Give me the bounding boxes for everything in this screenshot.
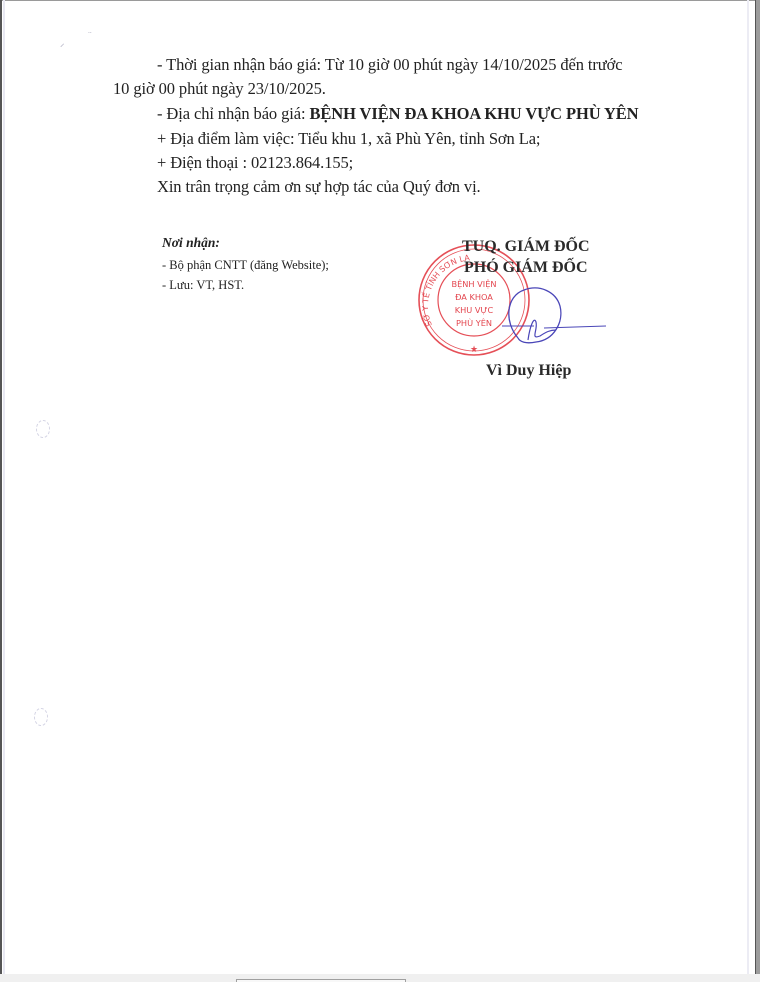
address-label: - Địa chỉ nhận báo giá:	[157, 104, 309, 123]
signature-title-2: PHÓ GIÁM ĐỐC	[464, 259, 588, 277]
quote-time-line-1: - Thời gian nhận báo giá: Từ 10 giờ 00 p…	[157, 55, 623, 75]
quote-address-line: - Địa chỉ nhận báo giá: BỆNH VIỆN ĐA KHO…	[157, 104, 639, 124]
recipient-item: - Lưu: VT, HST.	[162, 278, 244, 293]
work-location-line: + Địa điểm làm việc: Tiểu khu 1, xã Phù …	[157, 129, 540, 149]
recipient-item: - Bộ phận CNTT (đăng Website);	[162, 258, 329, 273]
page-left-edge	[3, 0, 5, 974]
signer-name: Vì Duy Hiệp	[486, 362, 571, 380]
scan-speck: ⸍	[60, 40, 65, 53]
phone-line: + Điện thoại : 02123.864.155;	[157, 153, 353, 173]
viewer-left-border	[0, 0, 2, 974]
vertical-scrollbar[interactable]	[756, 0, 760, 974]
scan-speck: ··	[88, 30, 92, 37]
stamp-center-line: KHU VỰC	[455, 305, 494, 315]
signature-title-1: TUQ. GIÁM ĐỐC	[462, 238, 590, 256]
handwritten-signature	[500, 282, 610, 348]
punch-hole-mark	[36, 420, 50, 438]
address-value: BỆNH VIỆN ĐA KHOA KHU VỰC PHÙ YÊN	[309, 104, 638, 123]
thanks-line: Xin trân trọng cảm ơn sự hợp tác của Quý…	[157, 177, 481, 197]
stamp-center-line: BỆNH VIỆN	[452, 278, 497, 290]
document-viewer: ⸍ ·· - Thời gian nhận báo giá: Từ 10 giờ…	[0, 0, 760, 974]
viewer-top-border	[0, 0, 760, 1]
stamp-star-icon: ★	[470, 344, 478, 354]
recipients-title: Nơi nhận:	[162, 235, 220, 251]
punch-hole-mark	[34, 708, 48, 726]
quote-time-line-2: 10 giờ 00 phút ngày 23/10/2025.	[113, 79, 326, 99]
page-right-edge	[747, 0, 749, 974]
stamp-center-line: ĐA KHOA	[455, 292, 493, 302]
stamp-center-line: PHÙ YÊN	[456, 317, 492, 328]
